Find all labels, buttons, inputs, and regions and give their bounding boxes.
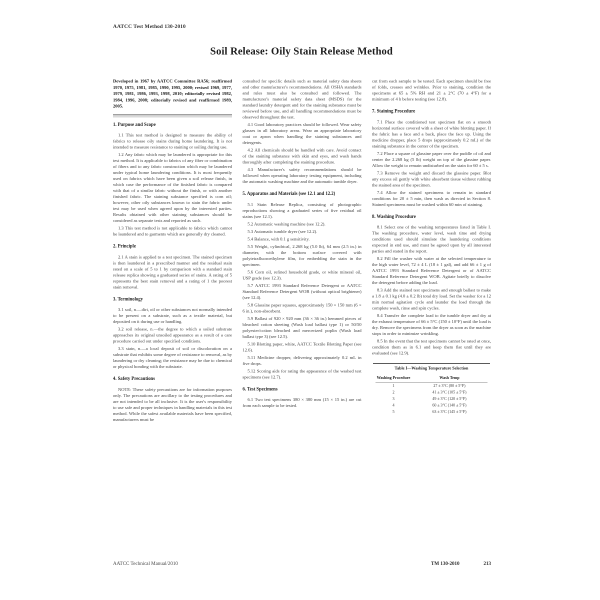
table-cell: 63 ± 3°C (145 ± 5°F) (411, 409, 487, 416)
section-heading: 7. Staining Procedure (372, 109, 491, 115)
section-heading: 8. Washing Procedure (372, 214, 491, 220)
table-title: Table I—Washing Temperature Selection (373, 363, 490, 371)
document-page: AATCC Test Method 130-2010 Soil Release:… (0, 0, 600, 600)
text-column-2: consulted for specific details such as m… (243, 78, 362, 559)
paragraph: 5.6 Corn oil, refined household grade, o… (243, 269, 362, 281)
table-column-header: Washing Procedure (376, 375, 412, 382)
table-column-header: Wash Temp (411, 375, 487, 382)
paragraph: 5.7 AATCC 1993 Standard Reference Deterg… (243, 282, 362, 300)
footer-manual-name: AATCC Technical Manual/2010 (113, 561, 178, 567)
table-row: 127 ± 3°C (80 ± 5°F) (376, 382, 488, 389)
revision-history: Developed in 1967 by AATCC Committee RA5… (113, 78, 232, 109)
section-heading: 1. Purpose and Scope (113, 122, 232, 128)
paragraph: 8.4 Transfer the complete load to the tu… (372, 313, 491, 337)
paragraph: 3.3 stain, n.—a local deposit of soil or… (113, 346, 232, 370)
paragraph: 5.10 Blotting paper, white, AATCC Textil… (243, 341, 362, 353)
paragraph: consulted for specific details such as m… (243, 78, 362, 120)
footer-method-id: TM 130-2010 (431, 561, 459, 567)
paragraph: 4.3 Manufacturer's safety recommendation… (243, 167, 362, 185)
paragraph: 3.1 soil, n.—dirt, oil or other substanc… (113, 307, 232, 325)
page-footer: AATCC Technical Manual/2010 TM 130-2010 … (113, 561, 491, 567)
section-heading: 4. Safety Precautions (113, 377, 232, 383)
page-header-method-number: AATCC Test Method 130-2010 (113, 24, 186, 30)
paragraph: 7.1 Place the conditioned test specimen … (372, 119, 491, 149)
paragraph: 3.2 soil release, n.—the degree to which… (113, 326, 232, 344)
page-title: Soil Release: Oily Stain Release Method (113, 45, 490, 58)
paragraph: 8.1 Select one of the washing temperatur… (372, 224, 491, 254)
section-heading: 5. Apparatus and Materials (see 12.1 and… (243, 192, 362, 198)
paragraph: 7.4 Allow the stained specimens to remai… (372, 189, 491, 207)
text-column-3: cut from each sample to be tested. Each … (372, 78, 491, 559)
paragraph: 1.3 This test method is not applicable t… (113, 225, 232, 237)
paragraph: cut from each sample to be tested. Each … (372, 78, 491, 102)
text-column-1: Developed in 1967 by AATCC Committee RA5… (113, 78, 232, 559)
paragraph: NOTE: These safety precautions are for i… (113, 386, 232, 422)
paragraph: 1.1 This test method is designed to meas… (113, 132, 232, 150)
paragraph: 4.2 All chemicals should be handled with… (243, 147, 362, 165)
paragraph: 8.2 Fill the washer with water at the se… (372, 256, 491, 286)
paragraph: 5.1 Stain Release Replica, consisting of… (243, 201, 362, 219)
table-cell: 1 (376, 382, 412, 389)
paragraph: 5.9 Ballast of 920 × 920 mm (36 × 36 in.… (243, 315, 362, 339)
page-sheet: AATCC Test Method 130-2010 Soil Release:… (0, 0, 600, 600)
section-heading: 6. Test Specimens (243, 387, 362, 393)
paragraph: 5.5 Weight, cylindrical, 2.268 kg (5.0 l… (243, 243, 362, 267)
paragraph: 2.1 A stain is applied to a test specime… (113, 254, 232, 290)
paragraph: 8.5 In the event that the test specimens… (372, 338, 491, 356)
table-row: 563 ± 3°C (145 ± 5°F) (376, 409, 488, 416)
paragraph: 5.11 Medicine dropper, delivering approx… (243, 354, 362, 366)
paragraph: 5.8 Glassine paper squares, approximatel… (243, 302, 362, 314)
section-heading: 2. Principle (113, 244, 232, 250)
paragraph: 4.1 Good laboratory practices should be … (243, 122, 362, 146)
table-cell: 5 (376, 409, 412, 416)
text-columns: Developed in 1967 by AATCC Committee RA5… (113, 78, 491, 559)
paragraph: 5.12 Scoring aids for rating the appeara… (243, 368, 362, 380)
paragraph: 5.3 Automatic tumble dryer (see 12.2). (243, 228, 362, 234)
washing-temperature-table: Table I—Washing Temperature SelectionWas… (372, 363, 491, 415)
paragraph: 5.2 Automatic washing machine (see 12.2)… (243, 221, 362, 227)
table: Washing ProcedureWash Temp127 ± 3°C (80 … (376, 375, 488, 415)
paragraph: 8.3 Add the stained test specimens and e… (372, 287, 491, 311)
paragraph: 6.1 Two test specimens 380 × 380 mm (15 … (243, 397, 362, 409)
paragraph: 1.2 Any fabric which may be laundered is… (113, 152, 232, 224)
footer-page-number: 213 (484, 561, 492, 567)
paragraph: 7.3 Remove the weight and discard the gl… (372, 170, 491, 188)
paragraph: 7.2 Place a square of glassine paper ove… (372, 150, 491, 168)
paragraph: 5.4 Balance, with 0.1 g sensitivity. (243, 236, 362, 242)
table-cell: 27 ± 3°C (80 ± 5°F) (411, 382, 487, 389)
section-heading: 3. Terminology (113, 297, 232, 303)
history-divider (113, 114, 232, 116)
